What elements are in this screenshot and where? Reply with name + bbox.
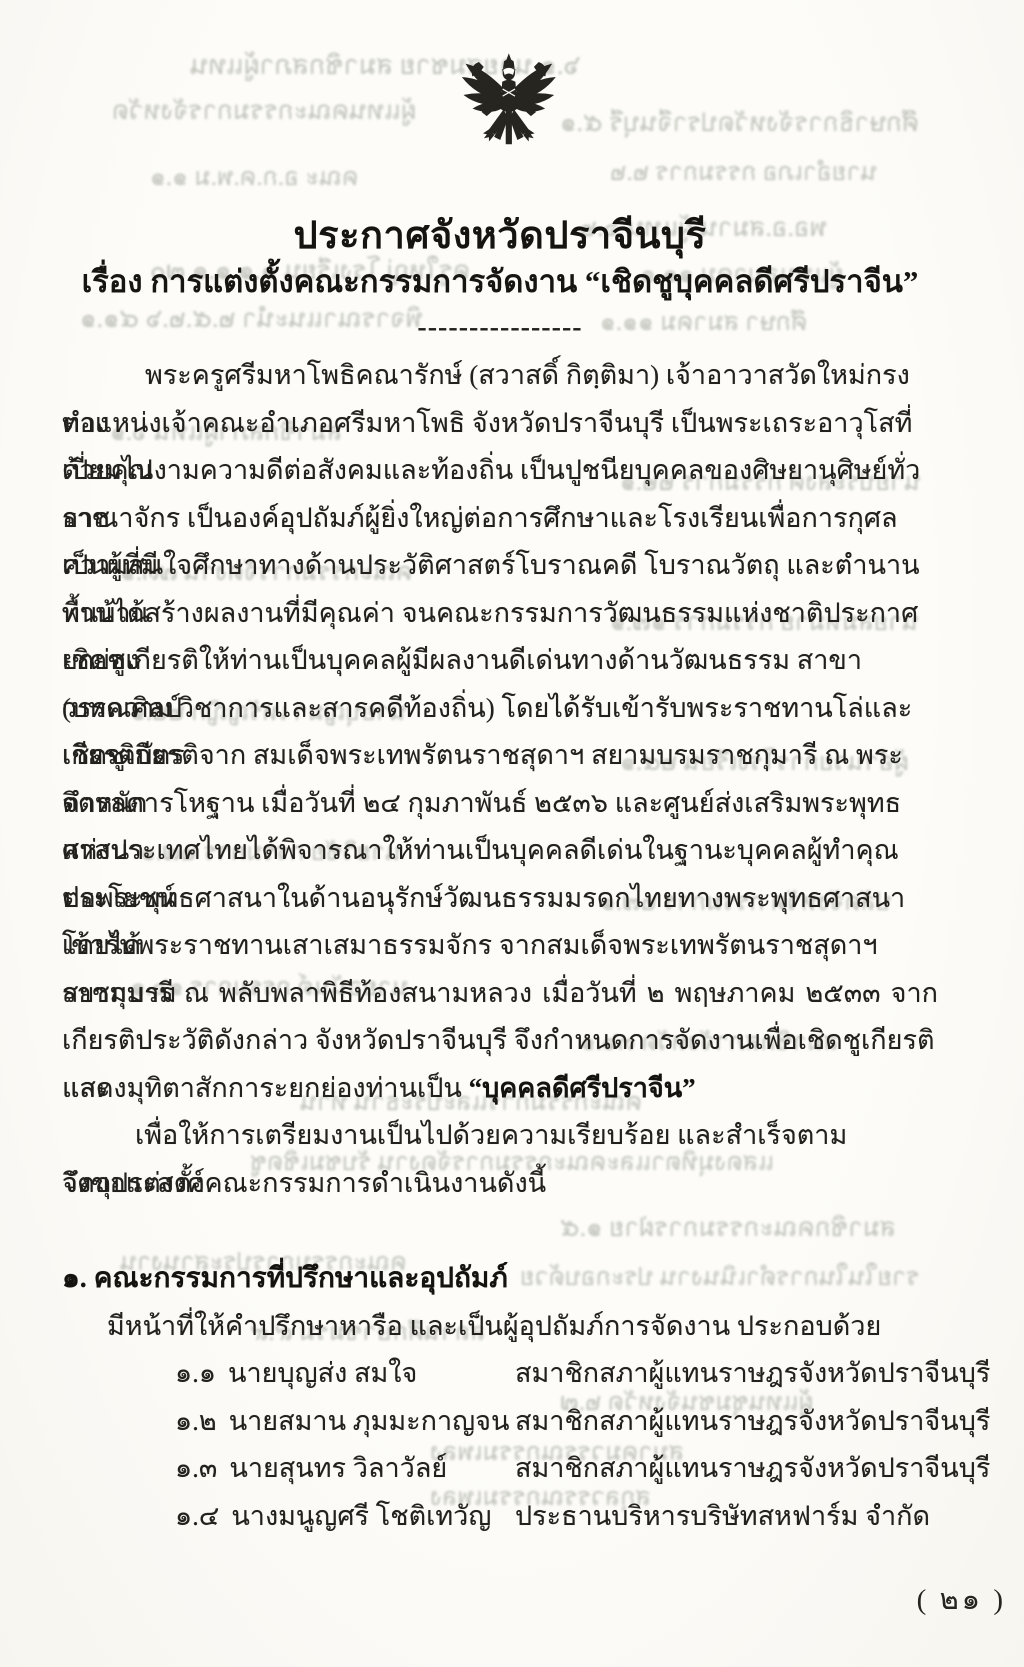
body-line: อาณาจักร เป็นองค์อุปถัมภ์ผู้ยิ่งใหญ่ต่อก… bbox=[62, 495, 938, 543]
document-page: ๖.๑ นายสมชาย สมาชิกสภาผู้แทนผู้แทนคณะกรร… bbox=[0, 0, 1024, 1667]
body-line: พระครูศรีมหาโพธิคณารักษ์ (สวาสดิ์ กิตฺติ… bbox=[62, 352, 938, 400]
body-line: แห่งประเทศไทยได้พิจารณาให้ท่านเป็นบุคคลด… bbox=[62, 827, 938, 875]
body-line: เกียรติประวัติดังกล่าว จังหวัดปราจีนบุรี… bbox=[62, 1017, 938, 1065]
member-name: นายบุญส่ง สมใจ bbox=[228, 1358, 417, 1388]
separator-dashes: ---------------- bbox=[58, 312, 942, 344]
member-position: สมาชิกสภาผู้แทนราษฎรจังหวัดปราจีนบุรี bbox=[515, 1350, 990, 1398]
committee-member-row: ๑.๒นายสมาน ภุมมะกาญจน สมาชิกสภาผู้แทนราษ… bbox=[62, 1398, 938, 1446]
committee-member-row: ๑.๑นายบุญส่ง สมใจ สมาชิกสภาผู้แทนราษฎรจั… bbox=[62, 1350, 938, 1398]
committee-member-row: ๑.๔นางมนูญศรี โชติเทวัญ ประธานบริหารบริษ… bbox=[62, 1493, 938, 1541]
bleedthrough-line: คณะ อ.ก.ค.พ.ม ๑.๑ bbox=[150, 165, 359, 190]
honoree-title-bold: “บุคคลดีศรีปราจีน” bbox=[469, 1073, 696, 1103]
member-number: ๑.๒ bbox=[175, 1406, 217, 1436]
bleedthrough-line: ผู้แทนคณะกรรมการจังหวัด bbox=[112, 98, 416, 124]
body-line: เชิดชูเกียรติจาก สมเด็จพระเทพรัตนราชสุดา… bbox=[62, 732, 938, 780]
body-line: (บทความ วิชาการและสารคดีท้องถิ่น) โดยได้… bbox=[62, 685, 938, 733]
body-line: ท่านได้สร้างผลงานที่มีคุณค่า จนคณะกรรมกา… bbox=[62, 590, 938, 638]
member-name: นายสมาน ภุมมะกาญจน bbox=[229, 1406, 510, 1436]
body-line: แสดงมุทิตาสักการะยกย่องท่านเป็น “บุคคลดี… bbox=[62, 1065, 938, 1113]
body-line: ด้วยคุณงามความดีต่อสังคมและท้องถิ่น เป็น… bbox=[62, 447, 938, 495]
garuda-emblem-icon bbox=[456, 50, 562, 174]
body-line: จึงขอแต่งตั้งคณะกรรมการดำเนินงานดังนี้ bbox=[62, 1160, 938, 1208]
document-body: พระครูศรีมหาโพธิคณารักษ์ (สวาสดิ์ กิตฺติ… bbox=[62, 352, 938, 1540]
member-name: นายสุนทร วิลาวัลย์ bbox=[229, 1453, 447, 1483]
section-gap bbox=[62, 1207, 938, 1255]
member-number: ๑.๓ bbox=[175, 1453, 217, 1483]
member-number: ๑.๑ bbox=[175, 1358, 216, 1388]
bleedthrough-line: ศึกษาธิการจังหวัดปราจีนบุรี ๕.๑ bbox=[560, 110, 918, 136]
body-line: ต่อพระพุทธศาสนาในด้านอนุรักษ์วัฒนธรรมมรด… bbox=[62, 875, 938, 923]
bleedthrough-line: นายอำเภอ กรรมการ ๒.๒ bbox=[610, 160, 878, 185]
body-line: เชิดชูเกียรติให้ท่านเป็นบุคคลผู้มีผลงานด… bbox=[62, 637, 938, 685]
body-line-text: แสดงมุทิตาสักการะยกย่องท่านเป็น bbox=[62, 1073, 469, 1103]
member-name: นางมนูญศรี โชติเทวัญ bbox=[231, 1501, 491, 1531]
body-line: เพื่อให้การเตรียมงานเป็นไปด้วยความเรียบร… bbox=[62, 1112, 938, 1160]
member-position: สมาชิกสภาผู้แทนราษฎรจังหวัดปราจีนบุรี bbox=[515, 1445, 990, 1493]
member-position: ประธานบริหารบริษัทสหฟาร์ม จำกัด bbox=[515, 1493, 930, 1541]
section1-intro: มีหน้าที่ให้คำปรึกษาหารือ และเป็นผู้อุปถ… bbox=[62, 1303, 938, 1351]
body-line: เข้ารับพระราชทานเสาเสมาธรรมจักร จากสมเด็… bbox=[62, 922, 938, 970]
body-line: ราชกุมารี ณ พลับพลาพิธีท้องสนามหลวง เมื่… bbox=[62, 970, 938, 1018]
section1-heading: ๑. คณะกรรมการที่ปรึกษาและอุปถัมภ์ bbox=[62, 1255, 938, 1303]
member-number: ๑.๔ bbox=[175, 1501, 219, 1531]
body-line: จิตรลดารโหฐาน เมื่อวันที่ ๒๔ กุมภาพันธ์ … bbox=[62, 780, 938, 828]
committee-member-row: ๑.๓นายสุนทร วิลาวัลย์ สมาชิกสภาผู้แทนราษ… bbox=[62, 1445, 938, 1493]
member-position: สมาชิกสภาผู้แทนราษฎรจังหวัดปราจีนบุรี bbox=[515, 1398, 990, 1446]
document-subject: เรื่อง การแต่งตั้งคณะกรรมการจัดงาน “เชิด… bbox=[58, 256, 942, 306]
page-number: ( ๒๑ ) bbox=[917, 1576, 1006, 1622]
body-line: ความสนใจศึกษาทางด้านประวัติศาสตร์โบราณคด… bbox=[62, 542, 938, 590]
body-line: ตำแหน่งเจ้าคณะอำเภอศรีมหาโพธิ จังหวัดปรา… bbox=[62, 400, 938, 448]
